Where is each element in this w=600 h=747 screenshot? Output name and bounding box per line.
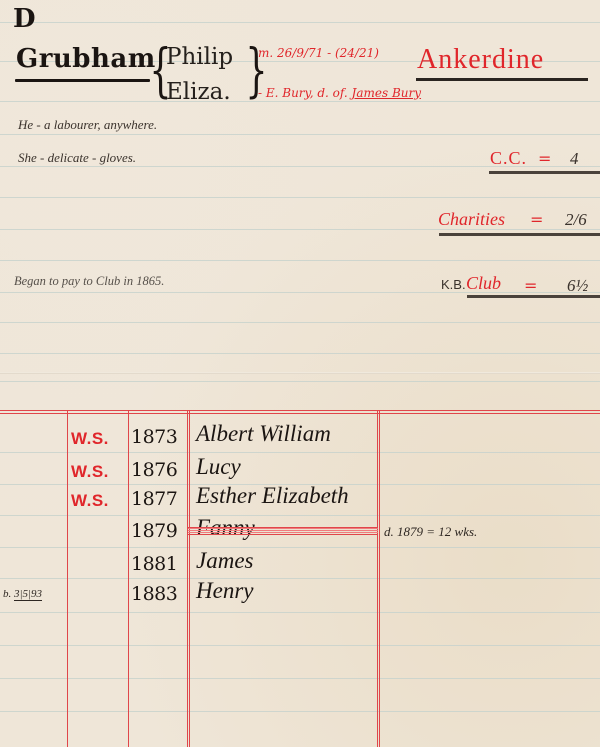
ruled-line	[0, 612, 600, 613]
death-remark: d. 1879 = 12 wks.	[384, 524, 477, 540]
red-rule-top	[0, 410, 600, 411]
birth-note-prefix: b.	[3, 588, 14, 600]
account-underline	[439, 233, 600, 236]
account-label-charities: Charities	[438, 209, 505, 230]
child-year: 1876	[131, 459, 177, 481]
ruled-line	[0, 292, 600, 293]
child-mark: W.S.	[71, 491, 109, 511]
ruled-line	[0, 101, 600, 102]
child-mark: W.S.	[71, 429, 109, 449]
ruled-line	[0, 22, 600, 23]
section-letter: D	[13, 4, 36, 34]
child-name: Henry	[196, 578, 253, 604]
child-name: Lucy	[196, 454, 241, 480]
ruled-line	[0, 547, 600, 548]
child-name: James	[196, 548, 253, 574]
account-label-cc: C.C.	[490, 148, 527, 169]
birth-note-date: 3|5|93	[14, 588, 42, 601]
child-name: Albert William	[196, 421, 331, 447]
account-value-cc: 4	[570, 149, 579, 169]
ruled-line	[0, 645, 600, 646]
surname-underline	[15, 79, 150, 82]
red-rule-top-2	[0, 413, 600, 414]
child-year: 1881	[131, 553, 177, 575]
red-column-line	[67, 410, 68, 747]
note-husband: He - a labourer, anywhere.	[18, 117, 157, 133]
account-equals: =	[524, 276, 537, 295]
red-column-line	[377, 410, 378, 747]
red-column-line	[187, 410, 188, 747]
ruled-line	[0, 711, 600, 712]
account-label-club: Club	[466, 273, 501, 294]
margin-birth-note: b. 3|5|93	[3, 588, 42, 600]
account-underline	[467, 295, 600, 298]
child-year: 1883	[131, 583, 177, 605]
ruled-line	[0, 353, 600, 354]
given-name-wife: Eliza.	[166, 79, 231, 105]
marriage-note: m. 26/9/71 - (24/21)	[258, 46, 379, 60]
ruled-line	[0, 515, 600, 516]
spouse-father: James Bury	[352, 86, 421, 100]
child-year: 1873	[131, 426, 177, 448]
child-year: 1877	[131, 488, 177, 510]
ruled-line	[0, 381, 600, 382]
ruled-line	[0, 260, 600, 261]
red-column-line	[189, 410, 190, 747]
surname: Grubham	[16, 44, 156, 74]
child-name: Esther Elizabeth	[196, 483, 349, 509]
page-fold	[0, 372, 600, 374]
child-mark: W.S.	[71, 462, 109, 482]
ledger-page: D Grubham { Philip Eliza. } m. 26/9/71 -…	[0, 0, 600, 747]
ruled-line	[0, 229, 600, 230]
club-note: Began to pay to Club in 1865.	[14, 274, 164, 289]
ruled-line	[0, 452, 600, 453]
ruled-line	[0, 678, 600, 679]
spouse-note: - E. Bury, d. of. James Bury	[258, 86, 421, 100]
account-value-charities: 2/6	[565, 210, 587, 230]
note-wife: She - delicate - gloves.	[18, 150, 136, 166]
account-value-club: 6½	[567, 276, 588, 296]
given-name-husband: Philip	[166, 44, 233, 70]
red-column-line	[379, 410, 380, 747]
ruled-line	[0, 322, 600, 323]
account-equals: =	[538, 149, 551, 168]
spouse-note-prefix: - E. Bury, d. of.	[258, 86, 352, 100]
account-equals: =	[530, 210, 543, 229]
red-column-line	[128, 410, 129, 747]
parish-name: Ankerdine	[417, 44, 544, 76]
ruled-line	[0, 134, 600, 135]
account-prefix-kb: K.B.	[441, 277, 466, 292]
ruled-line	[0, 578, 600, 579]
strikethrough-mark	[188, 527, 378, 535]
ruled-line	[0, 197, 600, 198]
account-underline	[489, 171, 600, 174]
parish-underline	[416, 78, 588, 81]
child-year: 1879	[131, 520, 177, 542]
